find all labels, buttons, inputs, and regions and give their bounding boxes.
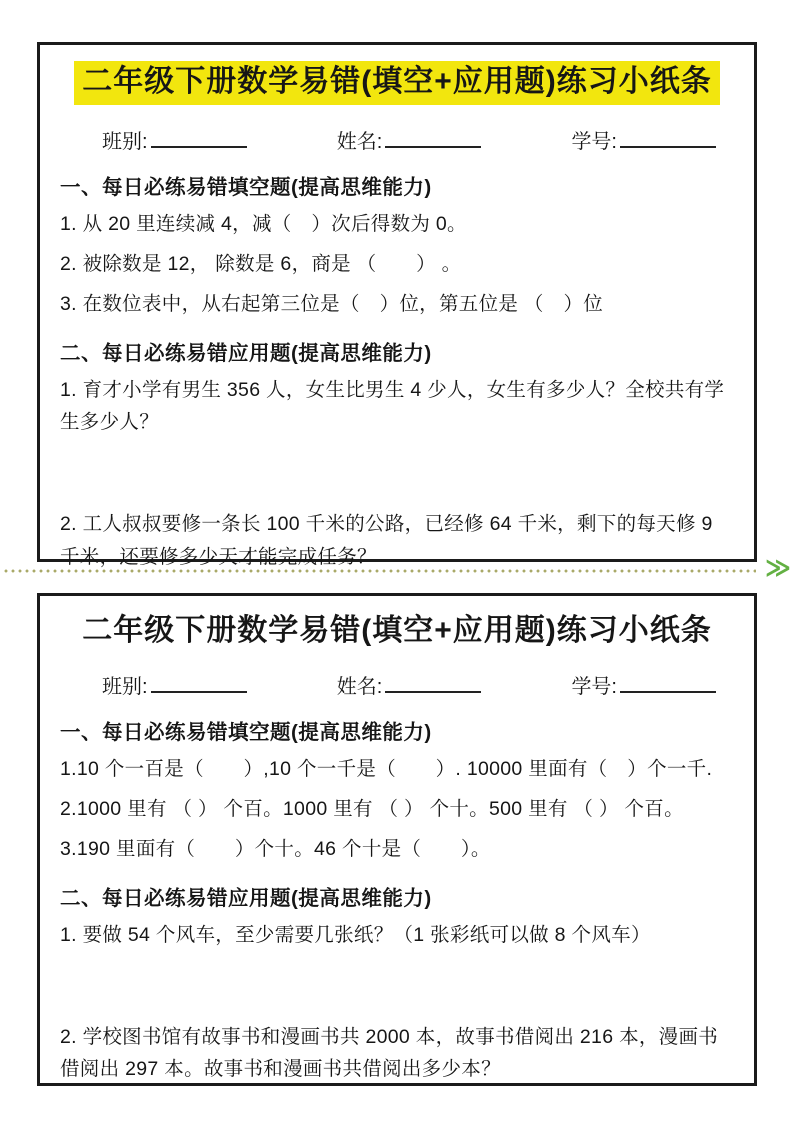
student-number-field: 学号: [571, 125, 716, 154]
class-label: 班别: [102, 131, 148, 153]
title-row: 二年级下册数学易错(填空+应用题)练习小纸条 [60, 612, 734, 650]
section-heading-word-problems: 二、每日必练易错应用题(提高思维能力) [60, 881, 734, 911]
student-info-row: 班别: 姓名: 学号: [102, 125, 716, 154]
question: 3. 在数位表中，从右起第三位是（ ）位，第五位是 （ ）位 [60, 288, 734, 320]
name-blank-line [385, 679, 481, 693]
dotted-cut-line [4, 569, 756, 573]
question: 1. 育才小学有男生 356 人，女生比男生 4 少人，女生有多少人？全校共有学… [60, 374, 734, 438]
question: 1.10 个一百是（ ）,10 个一千是（ ）. 10000 里面有（ ）个一千… [60, 753, 734, 785]
question: 3.190 里面有（ ）个十。46 个十是（ ）。 [60, 833, 734, 865]
section-heading-word-problems: 二、每日必练易错应用题(提高思维能力) [60, 336, 734, 366]
name-label: 姓名: [337, 131, 383, 153]
name-blank-line [385, 134, 481, 148]
worksheet-card-top: 二年级下册数学易错(填空+应用题)练习小纸条 班别: 姓名: 学号: 一、每日必… [37, 42, 757, 562]
question: 1. 要做 54 个风车，至少需要几张纸？（1 张彩纸可以做 8 个风车） [60, 919, 734, 951]
student-number-blank-line [620, 679, 716, 693]
student-number-label: 学号: [571, 676, 617, 698]
name-field: 姓名: [337, 125, 482, 154]
cut-direction-arrow-icon: ≫ [765, 556, 791, 581]
section-heading-fill-blanks: 一、每日必练易错填空题(提高思维能力) [60, 715, 734, 745]
question: 2. 被除数是 12， 除数是 6，商是 （ ） 。 [60, 248, 734, 280]
worksheet-page: 二年级下册数学易错(填空+应用题)练习小纸条 班别: 姓名: 学号: 一、每日必… [0, 0, 793, 1121]
worksheet-card-bottom: 二年级下册数学易错(填空+应用题)练习小纸条 班别: 姓名: 学号: 一、每日必… [37, 593, 757, 1086]
section-heading-fill-blanks: 一、每日必练易错填空题(提高思维能力) [60, 170, 734, 200]
title-row: 二年级下册数学易错(填空+应用题)练习小纸条 [60, 61, 734, 105]
student-number-blank-line [620, 134, 716, 148]
question: 2. 工人叔叔要修一条长 100 千米的公路，已经修 64 千米，剩下的每天修 … [60, 508, 734, 572]
class-blank-line [151, 134, 247, 148]
class-label: 班别: [102, 676, 148, 698]
worksheet-title: 二年级下册数学易错(填空+应用题)练习小纸条 [74, 61, 720, 105]
student-number-label: 学号: [571, 131, 617, 153]
question: 2.1000 里有 （ ） 个百。1000 里有 （ ） 个十。500 里有 （… [60, 793, 734, 825]
student-number-field: 学号: [571, 670, 716, 699]
worksheet-title: 二年级下册数学易错(填空+应用题)练习小纸条 [82, 612, 712, 650]
class-field: 班别: [102, 670, 247, 699]
class-field: 班别: [102, 125, 247, 154]
student-info-row: 班别: 姓名: 学号: [102, 670, 716, 699]
class-blank-line [151, 679, 247, 693]
question: 1. 从 20 里连续减 4，减（ ）次后得数为 0。 [60, 208, 734, 240]
question: 2. 学校图书馆有故事书和漫画书共 2000 本，故事书借阅出 216 本，漫画… [60, 1021, 734, 1085]
name-field: 姓名: [337, 670, 482, 699]
name-label: 姓名: [337, 676, 383, 698]
